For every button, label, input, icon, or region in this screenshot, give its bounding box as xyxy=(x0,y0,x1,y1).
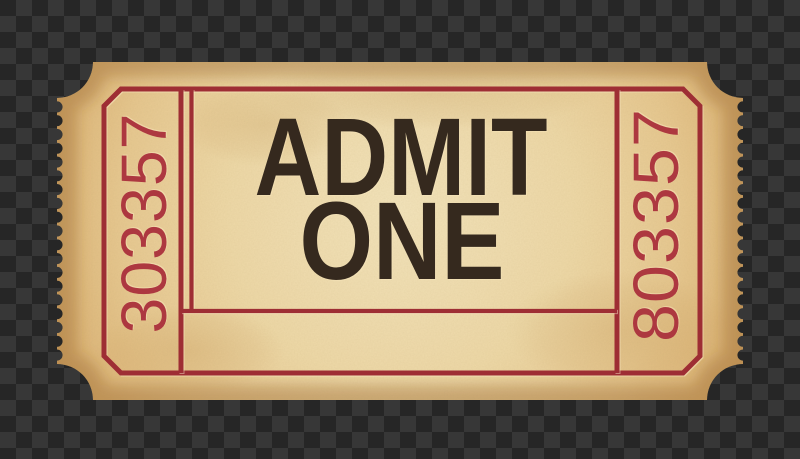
one-text: ONE xyxy=(300,180,505,303)
left-stub-serial-number: 303357 xyxy=(108,113,180,334)
right-stub-serial-number: 803357 xyxy=(620,108,692,342)
admit-one-ticket-image: 303357 803357 ADMIT ONE xyxy=(0,0,800,459)
transparency-checkerboard: 303357 803357 ADMIT ONE xyxy=(0,0,800,459)
